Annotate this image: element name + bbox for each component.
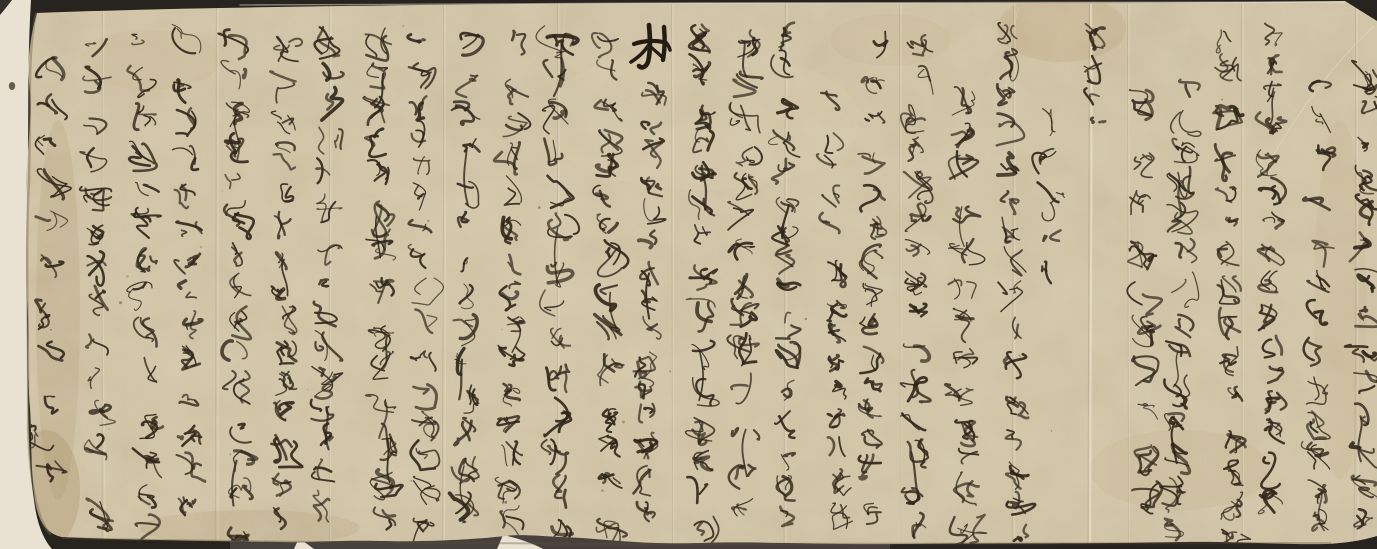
paper-texture bbox=[0, 0, 1377, 549]
manuscript-photo bbox=[0, 0, 1377, 549]
paper-hole bbox=[9, 82, 15, 90]
manuscript-canvas bbox=[0, 0, 1377, 549]
